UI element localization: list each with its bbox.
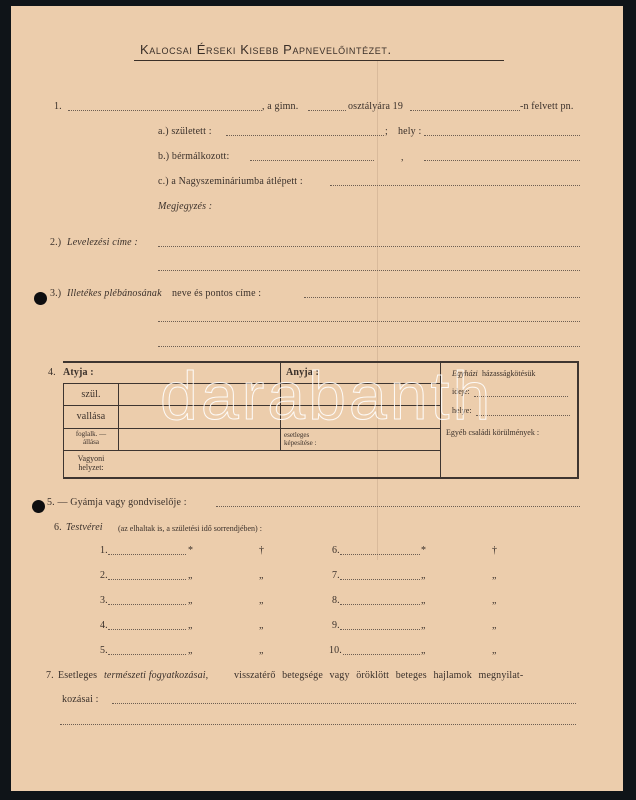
guardian-label: 5. — Gyámja vagy gondviselője : [47, 497, 187, 508]
section3-number: 3.) [50, 288, 61, 299]
born-label: a.) született : [158, 126, 212, 137]
sibling-8-number: 8. [332, 595, 340, 606]
born-place-field[interactable] [424, 135, 580, 136]
form-title: Kalocsai Érseki Kisebb Papnevelőintézet. [140, 42, 392, 57]
sibling-3-field[interactable] [108, 604, 186, 605]
parish-priest-field-2[interactable] [158, 321, 580, 322]
sibling-10-died: „ [492, 645, 497, 656]
section6-number: 6. [54, 522, 62, 533]
sibling-7-born: „ [421, 570, 426, 581]
confirmed-separator: , [401, 152, 404, 163]
siblings-label: Testvérei [66, 522, 103, 533]
occupation-row-label-2: állása [66, 439, 116, 446]
osztalyara-label: osztályára 19 [348, 101, 403, 112]
sibling-4-born: „ [188, 620, 193, 631]
sibling-9-died: „ [492, 620, 497, 631]
table-bottom-border [63, 477, 578, 479]
sibling-9-number: 9. [332, 620, 340, 631]
address-field-1[interactable] [158, 246, 580, 247]
section7-text-3: visszatérő betegsége vagy öröklött beteg… [234, 670, 523, 681]
sibling-8-died: „ [492, 595, 497, 606]
sibling-3-born: „ [188, 595, 193, 606]
parish-priest-label-rest: neve és pontos címe : [172, 288, 261, 299]
confirmed-date-field[interactable] [250, 160, 374, 161]
table-left-border [63, 383, 64, 478]
felvett-label: -n felvett pn. [520, 101, 573, 112]
sibling-2-field[interactable] [108, 579, 186, 580]
section7-text-italic: természeti fogyatkozásai, [104, 670, 208, 681]
sibling-4-died: „ [259, 620, 264, 631]
sibling-7-died: „ [492, 570, 497, 581]
mother-qualification-label-2: képesítése : [284, 440, 316, 447]
sibling-1-number: 1. [100, 545, 108, 556]
sibling-8-field[interactable] [340, 604, 420, 605]
sibling-9-born: „ [421, 620, 426, 631]
sibling-1-field[interactable] [108, 554, 186, 555]
father-label: Atyja : [63, 367, 94, 378]
address-field-2[interactable] [158, 270, 580, 271]
title-underline [134, 60, 504, 61]
parish-priest-field-1[interactable] [304, 297, 580, 298]
religion-row-label: vallása [66, 411, 116, 422]
sibling-9-field[interactable] [340, 629, 420, 630]
watermark-text: darabanth [160, 362, 493, 430]
sibling-7-field[interactable] [340, 579, 420, 580]
sibling-6-field[interactable] [340, 554, 420, 555]
punch-hole [34, 292, 47, 305]
sibling-3-died: „ [259, 595, 264, 606]
section1-number: 1. [54, 101, 62, 112]
sibling-10-number: 10. [329, 645, 342, 656]
sibling-5-field[interactable] [108, 654, 186, 655]
parish-priest-label: Illetékes plébánosának [67, 288, 162, 299]
wealth-row-label-1: Vagyoni [66, 454, 116, 463]
row-line-4 [63, 450, 440, 451]
section2-number: 2.) [50, 237, 61, 248]
siblings-label-rest: (az elhaltak is, a születési idő sorrend… [118, 524, 262, 533]
address-label: Levelezési címe : [67, 237, 138, 248]
label-column-divider [118, 383, 119, 450]
gimn-class-field[interactable] [308, 110, 346, 111]
born-row-label: szül. [76, 389, 106, 400]
sibling-2-born: „ [188, 570, 193, 581]
section7-text-1: Esetleges [58, 670, 97, 681]
sibling-2-died: „ [259, 570, 264, 581]
sibling-4-field[interactable] [108, 629, 186, 630]
name-field[interactable] [68, 110, 262, 111]
confirmed-label: b.) bérmálkozott: [158, 151, 229, 162]
gimn-label: , a gimn. [262, 101, 298, 112]
sibling-4-number: 4. [100, 620, 108, 631]
wealth-row-label-2: helyzet: [66, 463, 116, 472]
sibling-10-born: „ [421, 645, 426, 656]
parish-priest-field-3[interactable] [158, 346, 580, 347]
sibling-3-number: 3. [100, 595, 108, 606]
sibling-5-born: „ [188, 645, 193, 656]
sibling-6-died: † [492, 545, 497, 556]
punch-hole [32, 500, 45, 513]
note-label: Megjegyzés : [158, 201, 212, 212]
section7-number: 7. [46, 670, 54, 681]
sibling-7-number: 7. [332, 570, 340, 581]
section7-line2-label: kozásai : [62, 694, 99, 705]
seminary-label: c.) a Nagyszemináriumba átlépett : [158, 176, 303, 187]
seminary-field[interactable] [330, 185, 580, 186]
conditions-field-2[interactable] [60, 724, 576, 725]
sibling-1-born: * [188, 545, 193, 556]
table-right-border [577, 361, 579, 479]
sibling-8-born: „ [421, 595, 426, 606]
sibling-5-died: „ [259, 645, 264, 656]
sibling-5-number: 5. [100, 645, 108, 656]
place-label: hely : [398, 126, 421, 137]
sibling-6-number: 6. [332, 545, 340, 556]
guardian-field[interactable] [216, 506, 580, 507]
section4-number: 4. [48, 367, 56, 378]
born-date-field[interactable] [226, 135, 384, 136]
sibling-1-died: † [259, 545, 264, 556]
sibling-2-number: 2. [100, 570, 108, 581]
year-field[interactable] [410, 110, 520, 111]
sibling-6-born: * [421, 545, 426, 556]
born-separator: ; [385, 126, 388, 137]
occupation-row-label-1: foglalk. — [66, 431, 116, 438]
sibling-10-field[interactable] [343, 654, 420, 655]
conditions-field-1[interactable] [112, 703, 576, 704]
confirmed-place-field[interactable] [424, 160, 580, 161]
